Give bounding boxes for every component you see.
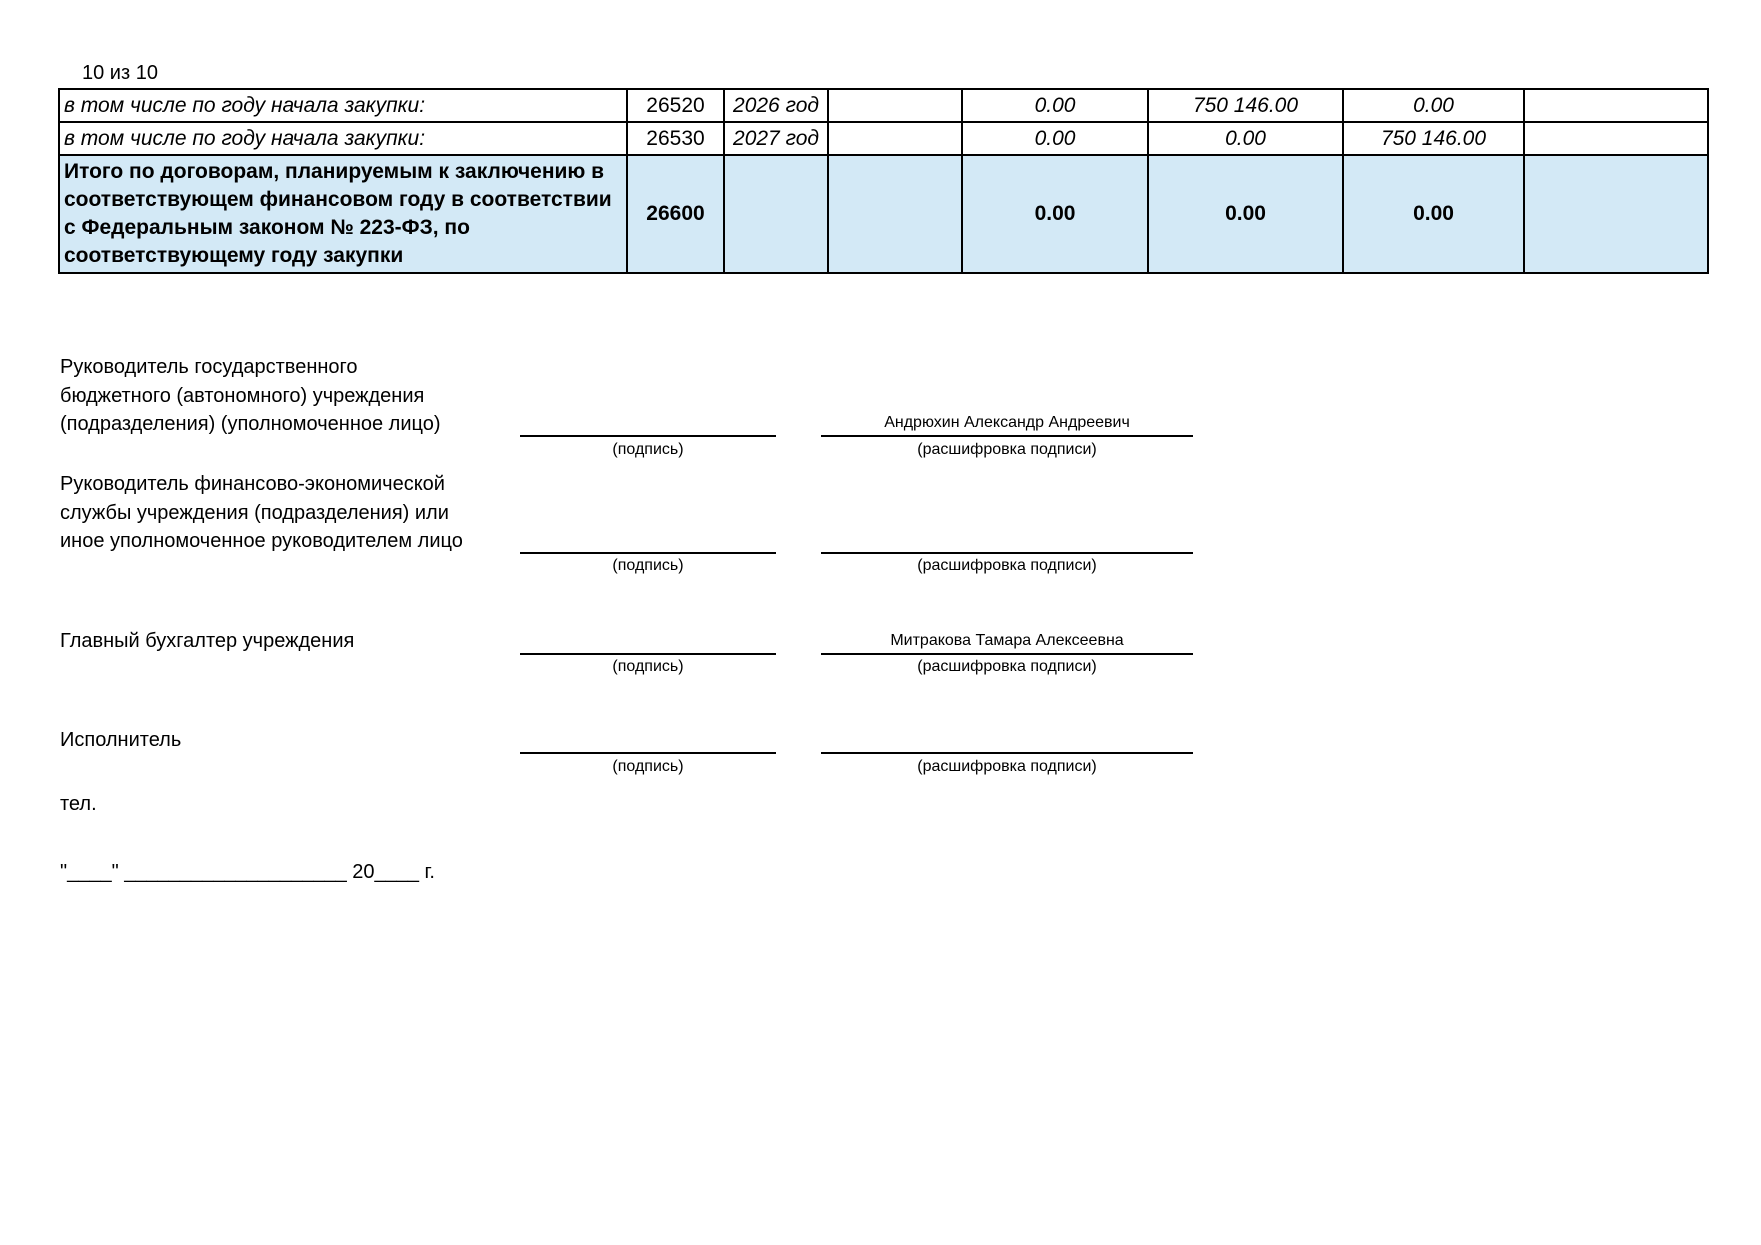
signature-line bbox=[520, 752, 776, 754]
title-line: иное уполномоченное руководителем лицо bbox=[60, 527, 463, 556]
signature-title-head: Руководитель государственного бюджетного… bbox=[60, 353, 441, 439]
signature-caption: (подпись) bbox=[520, 758, 776, 776]
row-col4 bbox=[828, 122, 962, 155]
signature-title-accountant: Главный бухгалтер учреждения bbox=[60, 627, 354, 656]
total-row: Итого по договорам, планируемым к заключ… bbox=[59, 155, 1708, 273]
page-indicator: 10 из 10 bbox=[82, 62, 158, 85]
signer-name: Андрюхин Александр Андреевич bbox=[821, 414, 1193, 432]
signature-title-finance: Руководитель финансово-экономической слу… bbox=[60, 470, 463, 556]
phone-label: тел. bbox=[60, 793, 97, 816]
row-code: 26530 bbox=[627, 122, 724, 155]
report-table: в том числе по году начала закупки: 2652… bbox=[58, 88, 1709, 274]
decode-caption: (расшифровка подписи) bbox=[821, 658, 1193, 676]
row-label: в том числе по году начала закупки: bbox=[59, 89, 627, 122]
row-year: 2027 год bbox=[724, 122, 828, 155]
total-code: 26600 bbox=[627, 155, 724, 273]
title-line: Руководитель финансово-экономической bbox=[60, 470, 463, 499]
name-line bbox=[821, 435, 1193, 437]
signature-caption: (подпись) bbox=[520, 441, 776, 459]
date-line: "____" ____________________ 20____ г. bbox=[60, 861, 435, 884]
signature-line bbox=[520, 435, 776, 437]
total-col6: 0.00 bbox=[1148, 155, 1343, 273]
row-col8 bbox=[1524, 89, 1708, 122]
total-label: Итого по договорам, планируемым к заключ… bbox=[59, 155, 627, 273]
title-line: службы учреждения (подразделения) или bbox=[60, 499, 463, 528]
name-line bbox=[821, 752, 1193, 754]
row-col5: 0.00 bbox=[962, 122, 1148, 155]
row-label: в том числе по году начала закупки: bbox=[59, 122, 627, 155]
total-col8 bbox=[1524, 155, 1708, 273]
title-line: Исполнитель bbox=[60, 726, 181, 755]
row-col6: 750 146.00 bbox=[1148, 89, 1343, 122]
signature-caption: (подпись) bbox=[520, 658, 776, 676]
row-year: 2026 год bbox=[724, 89, 828, 122]
decode-caption: (расшифровка подписи) bbox=[821, 758, 1193, 776]
row-code: 26520 bbox=[627, 89, 724, 122]
signer-name: Митракова Тамара Алексеевна bbox=[821, 632, 1193, 650]
name-line bbox=[821, 653, 1193, 655]
total-year bbox=[724, 155, 828, 273]
title-line: Главный бухгалтер учреждения bbox=[60, 627, 354, 656]
decode-caption: (расшифровка подписи) bbox=[821, 557, 1193, 575]
signature-line bbox=[520, 552, 776, 554]
row-col8 bbox=[1524, 122, 1708, 155]
row-col7: 750 146.00 bbox=[1343, 122, 1524, 155]
signature-line bbox=[520, 653, 776, 655]
row-col7: 0.00 bbox=[1343, 89, 1524, 122]
total-col4 bbox=[828, 155, 962, 273]
row-col4 bbox=[828, 89, 962, 122]
title-line: бюджетного (автономного) учреждения bbox=[60, 382, 441, 411]
table-row: в том числе по году начала закупки: 2653… bbox=[59, 122, 1708, 155]
row-col6: 0.00 bbox=[1148, 122, 1343, 155]
title-line: Руководитель государственного bbox=[60, 353, 441, 382]
signature-caption: (подпись) bbox=[520, 557, 776, 575]
row-col5: 0.00 bbox=[962, 89, 1148, 122]
total-col7: 0.00 bbox=[1343, 155, 1524, 273]
total-col5: 0.00 bbox=[962, 155, 1148, 273]
signature-title-executor: Исполнитель bbox=[60, 726, 181, 755]
name-line bbox=[821, 552, 1193, 554]
title-line: (подразделения) (уполномоченное лицо) bbox=[60, 410, 441, 439]
decode-caption: (расшифровка подписи) bbox=[821, 441, 1193, 459]
table-row: в том числе по году начала закупки: 2652… bbox=[59, 89, 1708, 122]
